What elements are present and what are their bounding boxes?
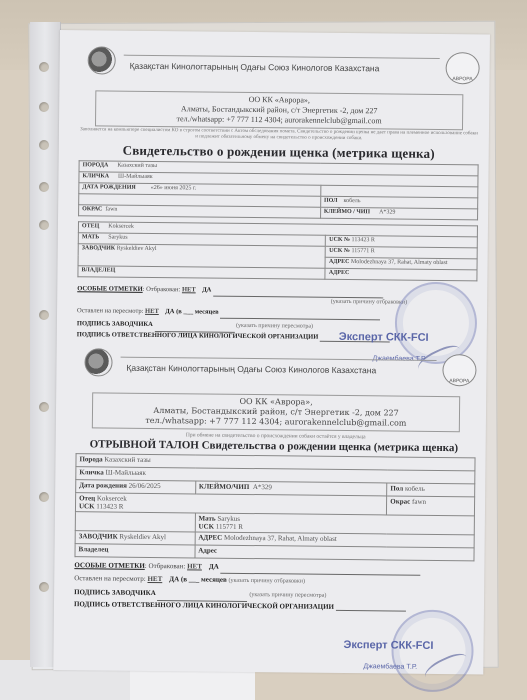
- special-marks-label: ОСОБЫЕ ОТМЕТКИ: [74, 561, 145, 570]
- reexam-label: Оставлен на пересмотр:: [74, 574, 146, 583]
- address-value: Molodezhnaya 37, Rahat, Almaty oblast: [224, 534, 337, 543]
- sex-label: ПОЛ: [324, 198, 338, 204]
- name-value: Ш-Майлыаяк: [118, 174, 153, 180]
- owner-address-label: Адрес: [198, 546, 217, 554]
- org-header: Қазақстан Кинологтарының Одағы Союз Кино…: [79, 46, 479, 88]
- stub-section: Қазақстан Кинологтарының Одағы Союз Кино…: [74, 348, 477, 612]
- owner-label: Владелец: [79, 545, 109, 553]
- breeder-signature-label: ПОДПИСЬ ЗАВОДЧИКА: [77, 320, 153, 328]
- dam-label: МАТЬ: [82, 234, 99, 240]
- reexam-label: Оставлен на пересмотр:: [77, 307, 143, 315]
- dam-uck-value: 115771 R: [216, 523, 243, 531]
- org-signature-label: ПОДПИСЬ ОТВЕТСТВЕННОГО ЛИЦА КИНОЛОГИЧЕСК…: [77, 331, 319, 341]
- reexam-hint: (указать причину пересмотра): [236, 323, 313, 330]
- punch-hole: [39, 62, 49, 72]
- reexam-hint: (указать причину пересмотра): [249, 592, 326, 599]
- dob-label: ДАТА РОЖДЕНИЯ: [82, 184, 135, 191]
- culled-no: НЕТ: [182, 286, 196, 293]
- union-name: Қазақстан Кинологтарының Одағы Союз Кино…: [130, 61, 380, 74]
- puppy-table: ПОРОДА Казахский тазы КЛИЧКА Ш-Майлыаяк …: [78, 160, 479, 220]
- stub-table: Порода Казахский тазы Кличка Ш-Майлыаяк …: [74, 453, 475, 561]
- culled-label: Отбракован:: [148, 562, 185, 570]
- owner-label: ВЛАДЕЛЕЦ: [81, 267, 115, 273]
- org-signature-label: ПОДПИСЬ ОТВЕТСТВЕННОГО ЛИЦА КИНОЛОГИЧЕСК…: [74, 600, 334, 611]
- sex-value: кобель: [343, 198, 360, 204]
- dam-value: Sarykus: [108, 235, 127, 241]
- culled-hint: (указать причину отбраковки): [229, 578, 305, 585]
- dob-value: «26» июня 2025 г.: [151, 185, 197, 191]
- sire-value: Koksercek: [108, 224, 134, 230]
- expert-stamp: Эксперт СКК-FCI: [344, 639, 434, 652]
- header-divider: [121, 357, 437, 361]
- punch-hole: [39, 310, 49, 320]
- reexam-no: НЕТ: [147, 575, 162, 583]
- aurora-logo-icon: АВРОРА: [445, 52, 479, 84]
- reexam-no: НЕТ: [145, 308, 159, 315]
- punch-hole: [39, 220, 49, 230]
- punch-hole: [39, 492, 49, 502]
- chip-value: A*329: [253, 483, 272, 491]
- dam-uck-value: 115771 R: [351, 248, 374, 254]
- signer-name: Джаембаева Т.Р.: [363, 663, 417, 671]
- sex-value: кобель: [405, 485, 425, 493]
- chip-label: КЛЕЙМО / ЧИП: [324, 209, 370, 215]
- dam-uck-label: UCK №: [329, 248, 350, 254]
- punch-hole: [39, 140, 49, 150]
- club-box: ОО КК «Аврора», Алматы, Бостандыкский ра…: [95, 90, 463, 130]
- sire-uck-value: 113423 R: [96, 502, 123, 510]
- club-box: ОО КК «Аврора», Алматы, Бостандыкский ра…: [92, 392, 460, 432]
- certificate-section: Қазақстан Кинологтарының Одағы Союз Кино…: [77, 46, 480, 343]
- org-signature-line: [336, 610, 406, 612]
- reexam-months: ДА (в ___ месяцев: [169, 575, 227, 584]
- address-value: Molodezhnaya 37, Rahat, Almaty oblast: [351, 259, 448, 266]
- breeder-label: ЗАВОДЧИК: [82, 245, 115, 251]
- name-label: КЛИЧКА: [82, 173, 109, 179]
- chip-value: A*329: [379, 209, 395, 215]
- sire-label: ОТЕЦ: [82, 223, 99, 229]
- sire-uck-label: UCK №: [329, 237, 350, 243]
- color-label: ОКРАС: [82, 206, 102, 212]
- breeder-label: ЗАВОДЧИК: [79, 532, 118, 540]
- breeder-value: Ryskeldiev Akyl: [117, 246, 157, 252]
- chip-label: КЛЕЙМО/ЧИП: [199, 482, 250, 491]
- reexam-months: ДА (в ___ месяцев: [165, 308, 218, 316]
- header-divider: [124, 55, 440, 59]
- aurora-logo-icon: АВРОРА: [442, 354, 476, 386]
- special-marks-label: ОСОБЫЕ ОТМЕТКИ: [77, 285, 142, 293]
- expert-stamp: Эксперт СКК-FCI: [339, 331, 429, 344]
- dob-label: Дата рождения: [79, 481, 127, 489]
- name-value: Ш-Майлыаяк: [105, 469, 145, 477]
- color-label: Окрас: [390, 497, 410, 505]
- dog-logo-icon: [84, 348, 112, 376]
- punch-hole: [39, 102, 49, 112]
- dam-value: Sarykus: [217, 515, 240, 523]
- dog-logo-icon: [88, 46, 116, 74]
- color-value: fawn: [105, 206, 117, 212]
- breed-label: ПОРОДА: [83, 162, 109, 168]
- culled-label: Отбракован:: [146, 286, 180, 293]
- punch-hole: [39, 582, 49, 592]
- address-label: АДРЕС: [329, 259, 350, 265]
- dam-label: Мать: [199, 514, 216, 522]
- color-value: fawn: [412, 498, 426, 506]
- certificate-title: Свидетельство о рождении щенка (метрика …: [79, 142, 479, 162]
- name-label: Кличка: [79, 468, 104, 476]
- culled-yes: ДА: [209, 563, 219, 571]
- breeder-signature-label: ПОДПИСЬ ЗАВОДЧИКА: [74, 588, 156, 597]
- culled-yes: ДА: [202, 287, 211, 294]
- address-label: АДРЕС: [198, 533, 222, 541]
- breeder-value: Ryskeldiev Akyl: [119, 533, 166, 541]
- document-sheet: Қазақстан Кинологтарының Одағы Союз Кино…: [53, 30, 490, 674]
- sire-uck-label: UCK: [79, 502, 95, 510]
- special-marks: ОСОБЫЕ ОТМЕТКИ: Отбракован: НЕТ ДА Остав…: [74, 559, 474, 612]
- dob-value: 26/06/2025: [129, 482, 161, 490]
- breed-label: Порода: [79, 455, 102, 463]
- sex-label: Пол: [390, 484, 403, 492]
- dam-uck-label: UCK: [198, 522, 214, 530]
- sire-uck-value: 113423 R: [352, 237, 375, 243]
- culled-no: НЕТ: [187, 562, 202, 570]
- pedigree-table: ОТЕЦ Koksercek МАТЬ SarykusUCK № 113423 …: [77, 221, 478, 281]
- breed-value: Казахский тазы: [104, 455, 150, 463]
- org-header: Қазақстан Кинологтарының Одағы Союз Кино…: [76, 348, 476, 390]
- punch-hole: [39, 182, 49, 192]
- sire-label: Отец: [79, 494, 95, 502]
- breed-value: Казахский тазы: [117, 163, 157, 169]
- owner-address-label: АДРЕС: [329, 270, 350, 276]
- union-name: Қазақстан Кинологтарының Одағы Союз Кино…: [126, 363, 376, 376]
- punch-hole: [39, 402, 49, 412]
